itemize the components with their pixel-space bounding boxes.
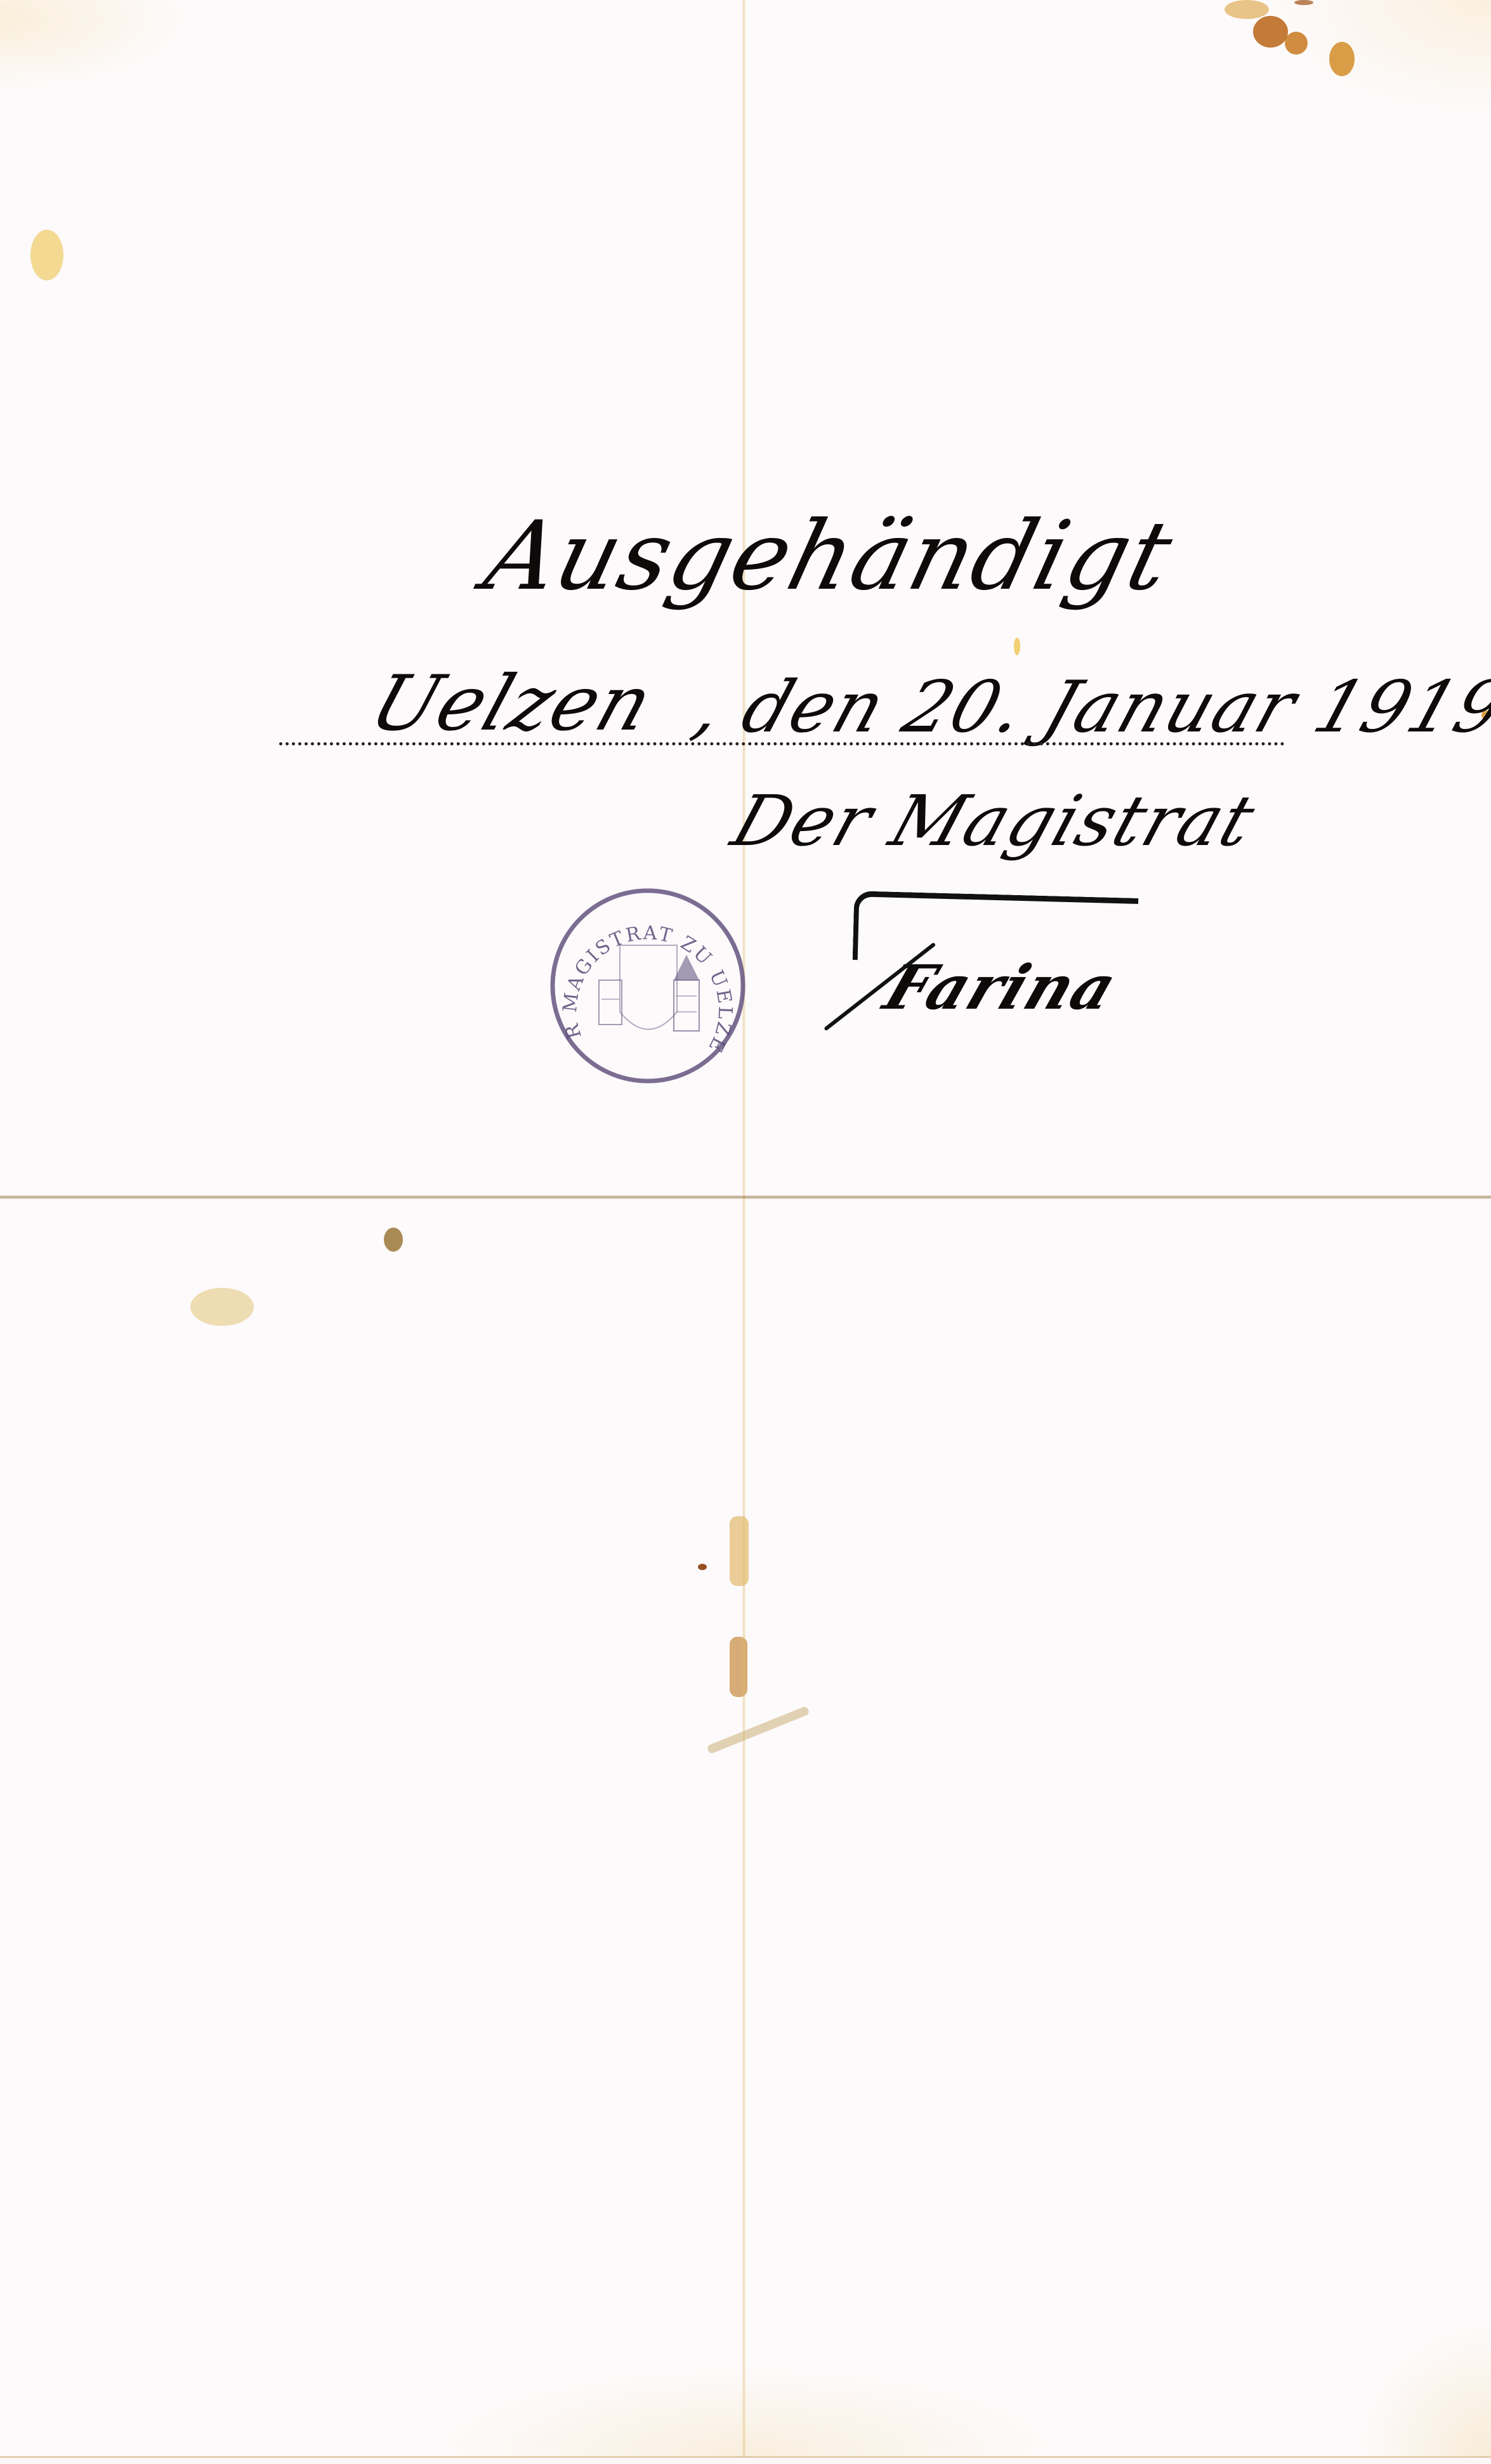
horizontal-fold-crease: [0, 1195, 1491, 1199]
authority-text: Der Magistrat: [723, 780, 1265, 862]
foxing-stain: [698, 1564, 707, 1570]
vertical-fold-crease: [742, 0, 745, 2456]
foxing-stain: [1253, 16, 1288, 48]
foxing-stain: [384, 1228, 403, 1252]
smudge-mark: [707, 1706, 810, 1755]
place-name: Uelzen: [360, 660, 664, 748]
dotted-form-line: [279, 742, 1285, 745]
foxing-stain: [1329, 42, 1355, 76]
paper-bottom-edge: [0, 2456, 1491, 2464]
foxing-stain: [1014, 638, 1020, 655]
date-text: , den 20. Januar 1919.: [685, 666, 1491, 749]
foxing-stain: [190, 1288, 254, 1326]
foxing-stain: [1285, 32, 1308, 55]
foxing-stain: [30, 230, 63, 280]
document-paper: Ausgehändigt Uelzen , den 20. Januar 191…: [0, 0, 1491, 2456]
official-seal-stamp: DER MAGISTRAT ZU UELZEN: [547, 885, 749, 1087]
foxing-stain: [1225, 0, 1269, 19]
foxing-stain: [730, 1516, 749, 1586]
foxing-stain: [1294, 0, 1313, 5]
heading-ausgehaendigt: Ausgehändigt: [475, 501, 1183, 612]
seal-icon: DER MAGISTRAT ZU UELZEN: [547, 885, 749, 1087]
